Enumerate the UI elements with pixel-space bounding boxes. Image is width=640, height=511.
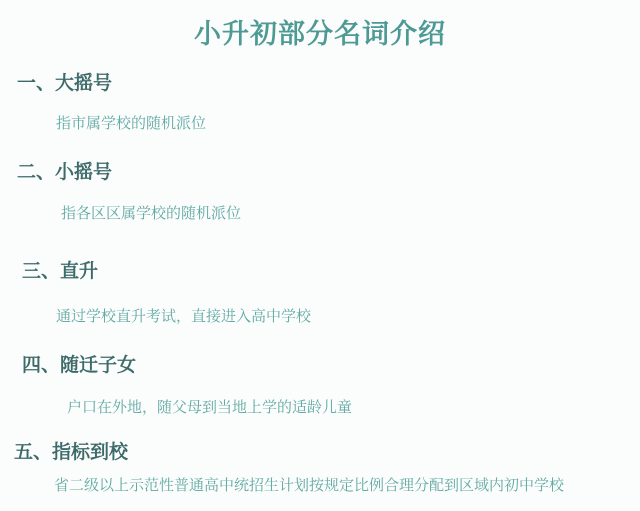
section-heading-4: 四、随迁子女 — [22, 350, 136, 377]
section-description-5: 省二级以上示范性普通高中统招生计划按规定比例合理分配到区域内初中学校 — [54, 474, 564, 495]
section-heading-2: 二、小摇号 — [17, 157, 112, 184]
section-heading-5: 五、指标到校 — [14, 437, 128, 464]
section-description-2: 指各区区属学校的随机派位 — [61, 202, 241, 223]
section-description-4: 户口在外地，随父母到当地上学的适龄儿童 — [67, 396, 352, 417]
section-heading-3: 三、直升 — [22, 256, 98, 283]
section-description-3: 通过学校直升考试，直接进入高中学校 — [56, 305, 311, 326]
section-description-1: 指市属学校的随机派位 — [56, 112, 206, 133]
section-heading-1: 一、大摇号 — [17, 68, 112, 95]
page-title: 小升初部分名词介绍 — [0, 12, 640, 51]
